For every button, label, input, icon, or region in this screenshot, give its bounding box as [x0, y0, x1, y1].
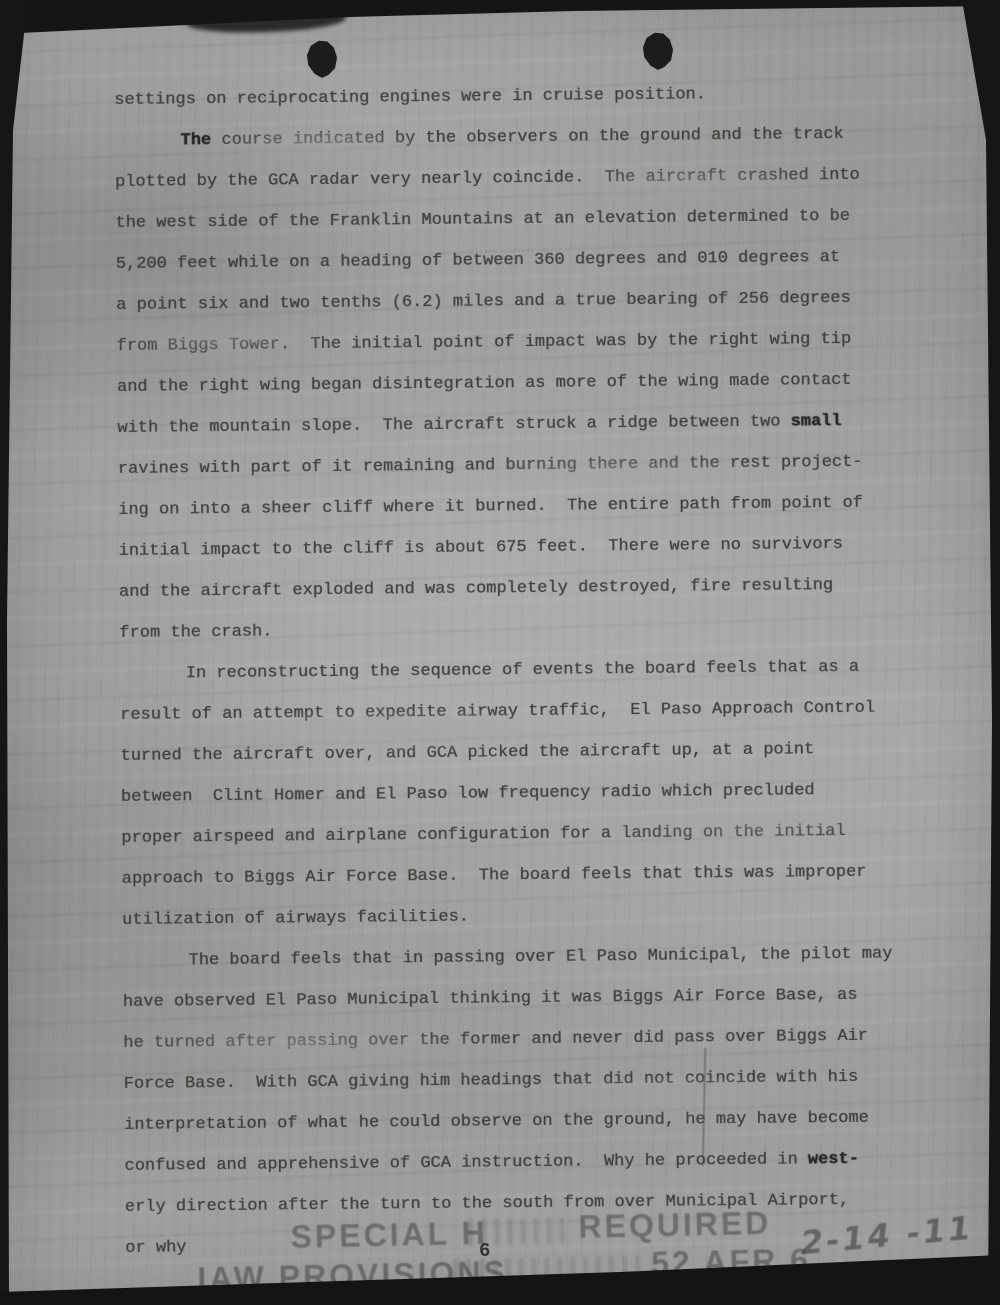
handwritten-annotation: 2-14 -11 — [799, 1209, 975, 1263]
page-number: 6 — [479, 1240, 490, 1262]
stamp-text-special: SPECIAL H — [290, 1215, 488, 1256]
typed-text: settings on reciprocating engines were i… — [114, 72, 925, 1269]
scanned-document-page: settings on reciprocating engines were i… — [0, 0, 1000, 1305]
stamp-text-required: REQUIRED — [578, 1205, 772, 1246]
typed-line: and the aircraft exploded and was comple… — [119, 564, 919, 613]
hole-punch-left — [306, 40, 338, 78]
hole-punch-right — [642, 32, 674, 70]
typed-line: approach to Biggs Air Force Base. The bo… — [121, 851, 921, 900]
